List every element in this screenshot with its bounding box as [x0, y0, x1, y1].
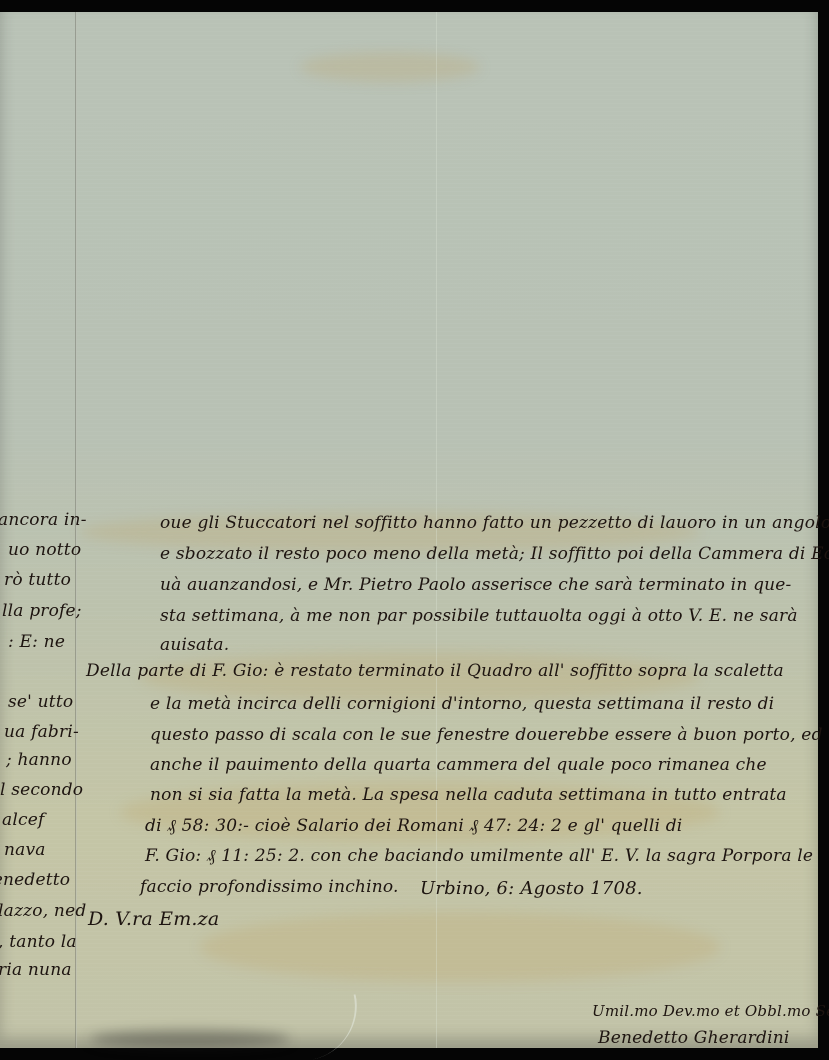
fragment-line: l secondo: [0, 782, 83, 799]
fragment-line: alcef: [2, 812, 44, 829]
water-stain: [300, 52, 480, 82]
fragment-line: nava: [4, 842, 46, 859]
signature-name: Benedetto Gherardini: [598, 1030, 790, 1047]
fragment-line: ua fabri-: [4, 724, 79, 741]
body-line: non si sia fatta la metà. La spesa nella…: [150, 787, 787, 804]
fragment-line: lla profe;: [2, 603, 82, 620]
letter-date: Urbino, 6: Agosto 1708.: [420, 880, 643, 898]
body-line: uà auanzandosi, e Mr. Pietro Paolo asser…: [160, 577, 792, 594]
fragment-line: : E: ne: [8, 634, 65, 651]
body-line: e la metà incirca delli cornigioni d'int…: [150, 696, 774, 713]
body-line: faccio profondissimo inchino.: [140, 879, 399, 896]
paper-shadow: [90, 1030, 290, 1048]
body-line: questo passo di scala con le sue fenestr…: [150, 727, 823, 744]
fragment-line: lazzo, ned: [0, 903, 86, 920]
signature-closing: Umil.mo Dev.mo et Obbl.mo Servitore: [592, 1004, 829, 1019]
salutation: D. V.ra Em.za: [88, 910, 219, 929]
body-line: anche il pauimento della quarta cammera …: [150, 757, 767, 774]
fold-line-left: [75, 12, 77, 1048]
fragment-line: se' utto: [8, 694, 73, 711]
fragment-line: ; hanno: [6, 752, 72, 769]
body-line: oue gli Stuccatori nel soffitto hanno fa…: [160, 515, 829, 532]
body-line: F. Gio: ₰ 11: 25: 2. con che baciando um…: [145, 848, 813, 865]
water-stain: [200, 912, 720, 982]
body-line: e sbozzato il resto poco meno della metà…: [160, 546, 829, 563]
body-line: di ₰ 58: 30:- cioè Salario dei Romani ₰ …: [145, 818, 682, 835]
fragment-line: , tanto la: [0, 934, 77, 951]
body-line: sta settimana, à me non par possibile tu…: [160, 608, 798, 625]
body-line: Della parte di F. Gio: è restato termina…: [86, 663, 784, 680]
fragment-line: rò tutto: [4, 572, 71, 589]
fragment-line: ria nuna: [0, 962, 72, 979]
fragment-line: ancora in-: [0, 512, 87, 529]
body-line: auisata.: [160, 637, 229, 654]
fragment-line: Benedetto: [0, 872, 70, 889]
fragment-line: uo notto: [8, 542, 81, 559]
